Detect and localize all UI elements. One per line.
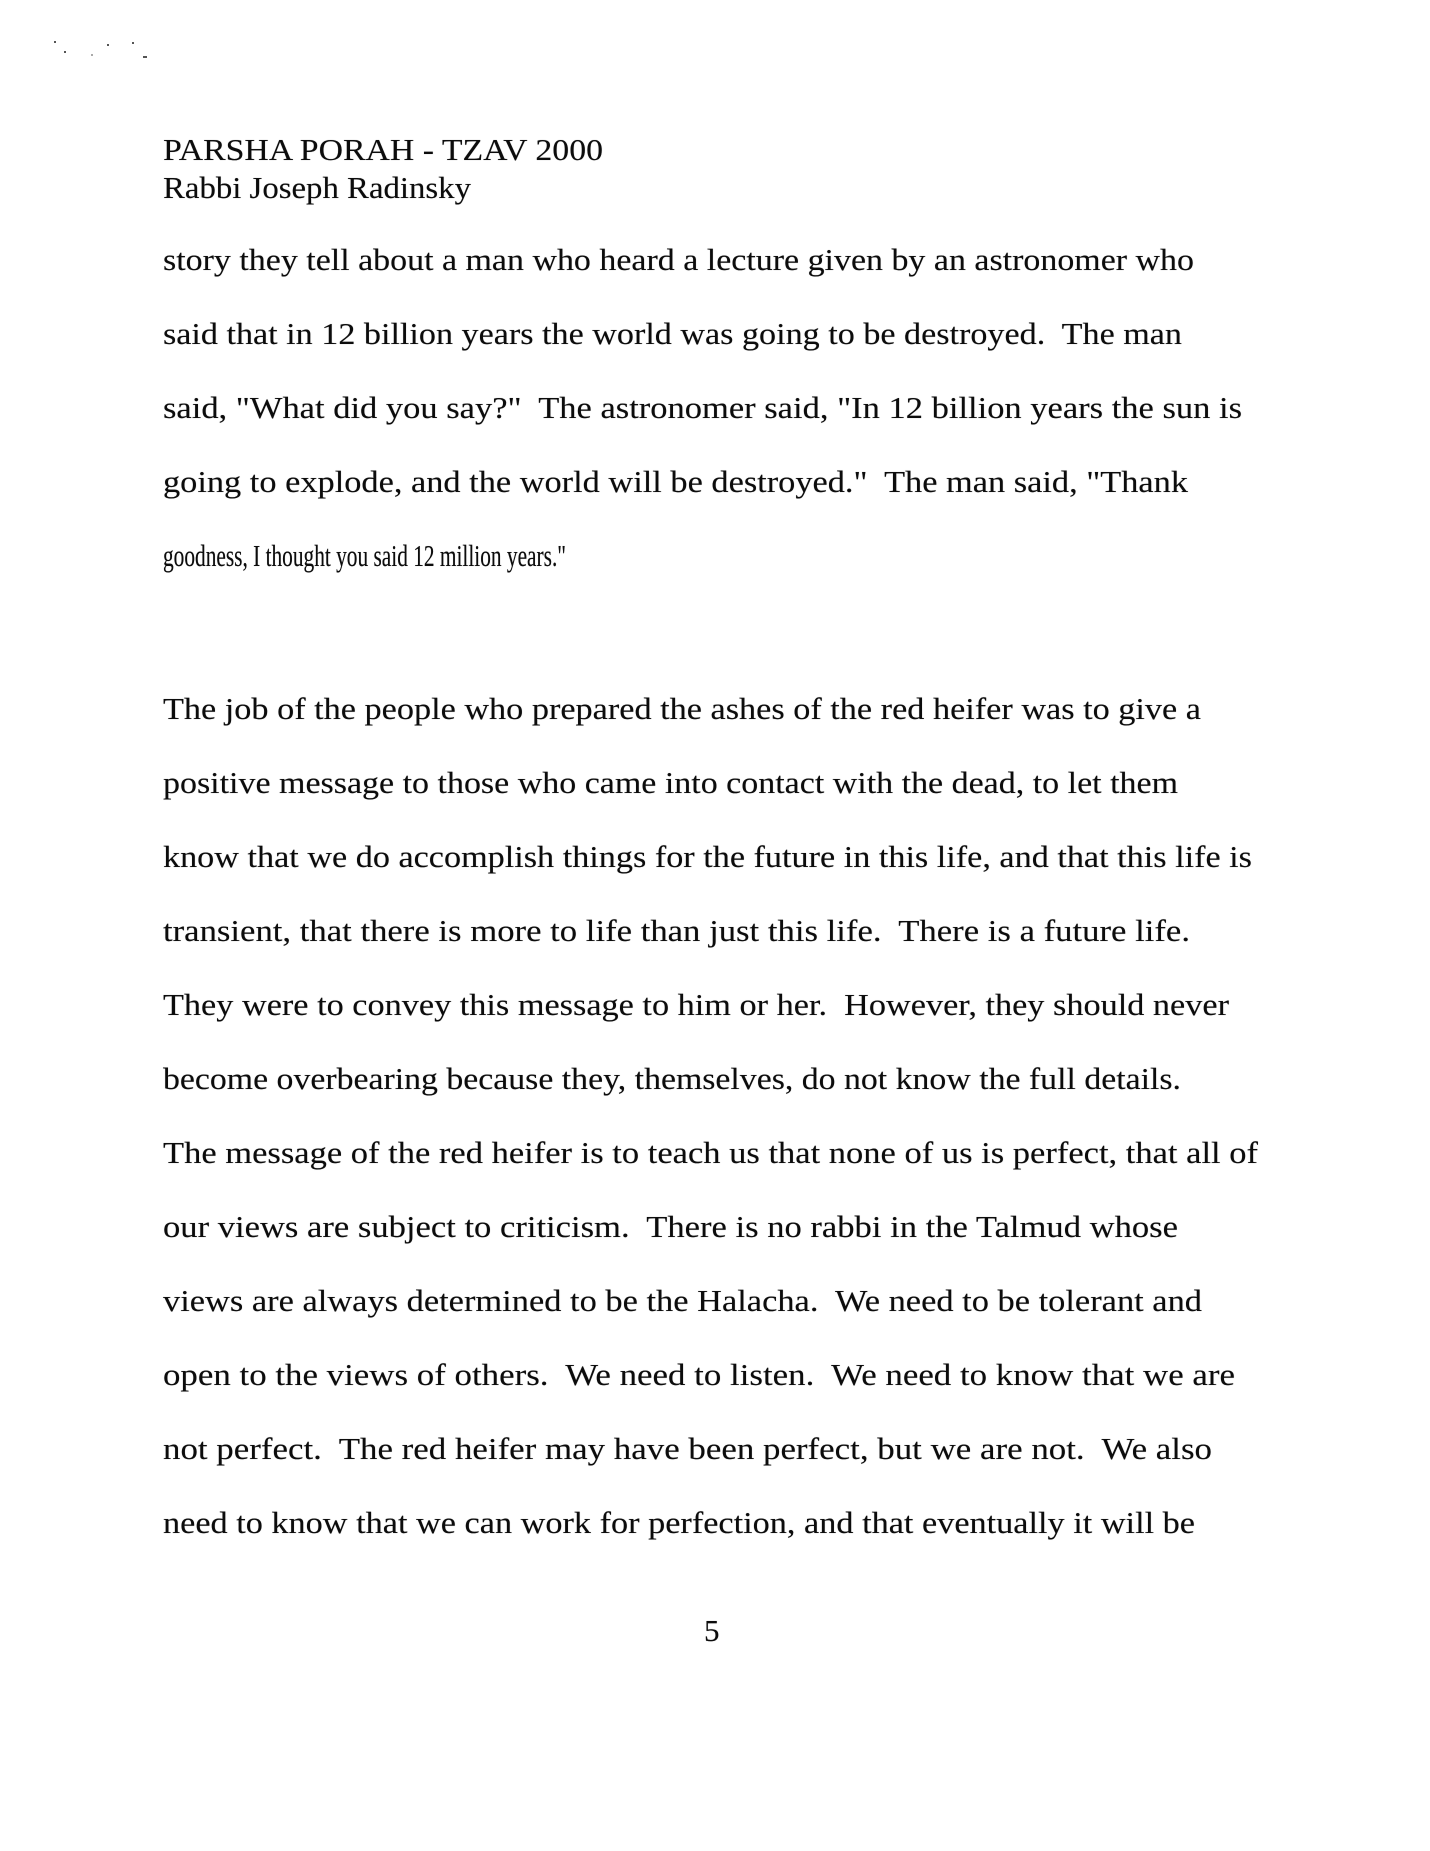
text-line: said that in 12 billion years the world … xyxy=(163,318,1182,349)
text-line: The job of the people who prepared the a… xyxy=(163,693,1201,724)
document-page: PARSHA PORAH - TZAV 2000 Rabbi Joseph Ra… xyxy=(0,0,1430,1851)
scan-speck xyxy=(143,56,147,58)
scan-speck xyxy=(107,44,109,46)
document-author: Rabbi Joseph Radinsky xyxy=(163,172,471,203)
text-line: our views are subject to criticism. Ther… xyxy=(163,1211,1178,1242)
document-title: PARSHA PORAH - TZAV 2000 xyxy=(163,134,603,165)
text-line: know that we do accomplish things for th… xyxy=(163,841,1252,872)
text-line: positive message to those who came into … xyxy=(163,767,1178,798)
text-line: transient, that there is more to life th… xyxy=(163,915,1190,946)
scan-speck xyxy=(91,54,93,56)
text-line: become overbearing because they, themsel… xyxy=(163,1063,1181,1094)
text-line: not perfect. The red heifer may have bee… xyxy=(163,1433,1212,1464)
text-line: open to the views of others. We need to … xyxy=(163,1359,1235,1390)
scan-speck xyxy=(64,51,66,53)
text-line: views are always determined to be the Ha… xyxy=(163,1285,1202,1316)
scan-speck xyxy=(54,41,56,43)
text-line: They were to convey this message to him … xyxy=(163,989,1229,1020)
text-line: goodness, I thought you said 12 million … xyxy=(163,540,566,571)
text-line: going to explode, and the world will be … xyxy=(163,466,1188,497)
scan-speck xyxy=(132,42,134,44)
text-line: story they tell about a man who heard a … xyxy=(163,244,1194,275)
text-line: said, "What did you say?" The astronomer… xyxy=(163,392,1242,423)
text-line: The message of the red heifer is to teac… xyxy=(163,1137,1258,1168)
text-line: need to know that we can work for perfec… xyxy=(163,1507,1195,1538)
page-number: 5 xyxy=(704,1615,720,1646)
